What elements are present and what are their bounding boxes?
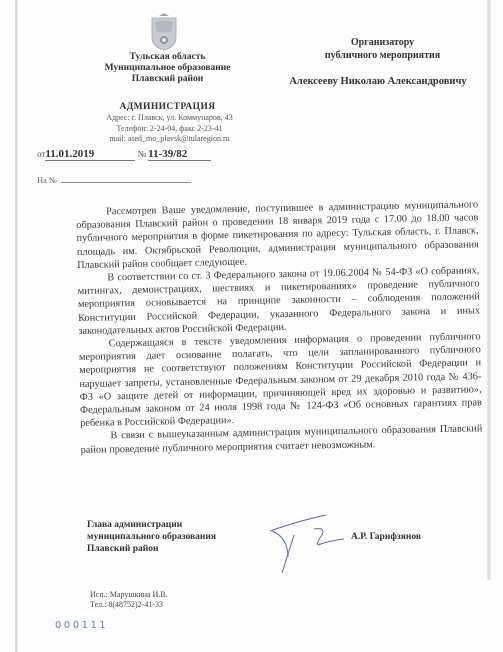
sender-phone: Телефон: 2-24-04, факс 2-23-41 [82, 124, 257, 135]
sender-email: mail: ased_mo_plavsk@tularegion.ru [82, 134, 257, 145]
body-paragraph: В соответствии со ст. 3 Федерального зак… [77, 264, 480, 338]
scan-edge-right [487, 0, 491, 580]
date-prefix: от [37, 149, 45, 159]
sender-contacts: Адрес: г. Плавск, ул. Коммунаров, 43 Тел… [82, 113, 257, 145]
scan-edge-left [15, 0, 18, 652]
sender-district: Плавский район [80, 74, 255, 85]
sender-region: Тульская область [80, 52, 255, 63]
addressee-name: Алексееву Николаю Александровичу [268, 76, 488, 87]
executor-phone: Тел.: 8(48752)2-41-33 [90, 600, 168, 610]
sender-header: Тульская область Муниципальное образован… [80, 52, 255, 85]
executor-block: Исп.: Марушкина И.В. Тел.: 8(48752)2-41-… [90, 590, 168, 610]
signatory-name: А.Р. Гарифзянов [351, 532, 421, 542]
number-prefix: № [138, 149, 147, 159]
outgoing-date: 11.01.2019 [45, 148, 94, 160]
reply-to-label: На № [37, 175, 57, 185]
signatory-position: Глава администрации муниципального образ… [87, 519, 216, 555]
signatory-position-line: Глава администрации [87, 519, 216, 531]
addressee-line2: публичного мероприятия [285, 49, 480, 62]
addressee-block: Организатору публичного мероприятия [285, 36, 480, 62]
outgoing-date-number: от11.01.2019 №11-39/82 [37, 148, 211, 161]
serial-number-stamp: 000111 [55, 620, 108, 631]
signatory-position-line: Плавский район [87, 543, 216, 555]
coat-of-arms-icon [150, 13, 178, 51]
body-paragraph: Рассмотрев Ваше уведомление, поступившее… [76, 198, 479, 272]
sender-address: Адрес: г. Плавск, ул. Коммунаров, 43 [82, 113, 257, 124]
signatory-position-line: муниципального образования [87, 531, 216, 543]
letter-body: Рассмотрев Ваше уведомление, поступившее… [76, 198, 483, 457]
outgoing-number: 11-39/82 [148, 148, 187, 160]
executor-name: Исп.: Марушкина И.В. [90, 590, 168, 600]
body-paragraph: Содержащаяся в тексте уведомления информ… [79, 330, 483, 430]
sender-body-title: АДМИНИСТРАЦИЯ [80, 102, 255, 112]
addressee-line1: Организатору [285, 36, 480, 49]
sender-municipality: Муниципальное образование [80, 63, 255, 74]
reply-to-line: На № [37, 174, 191, 185]
handwritten-signature-icon [268, 513, 348, 575]
